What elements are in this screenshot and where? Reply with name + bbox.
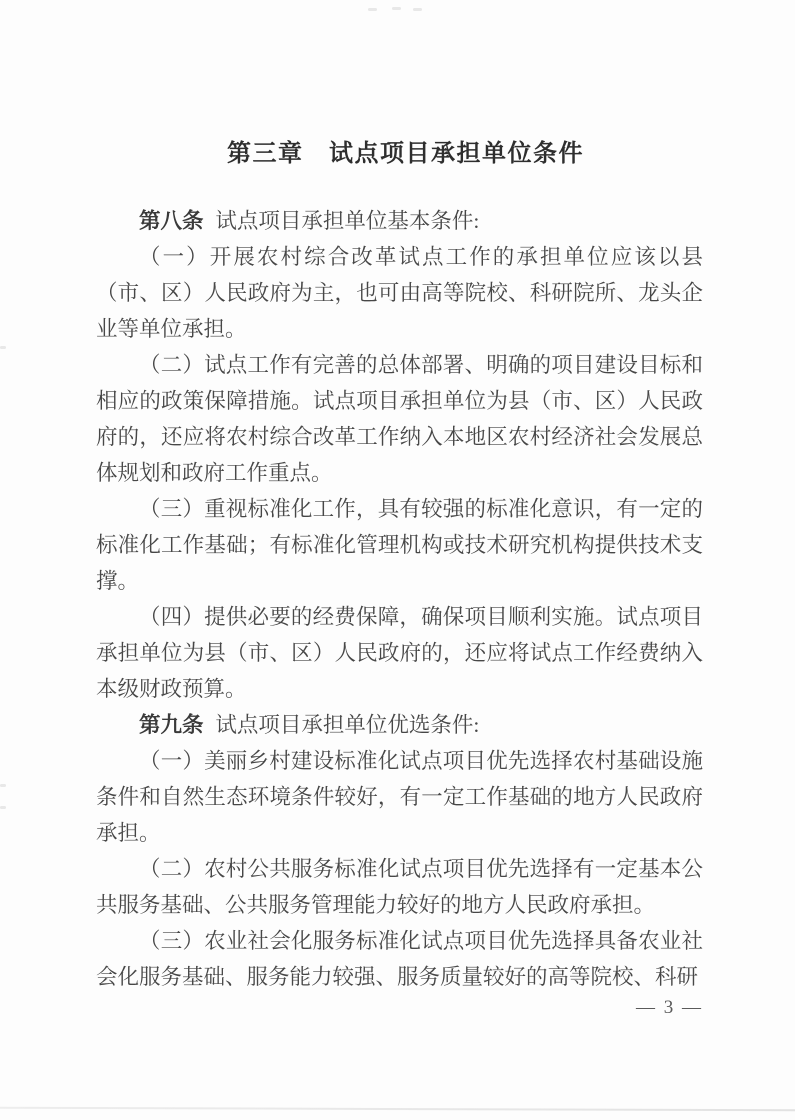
paragraph-item: （三）重视标准化工作，具有较强的标准化意识，有一定的标准化工作基础；有标准化管理… [96, 491, 703, 599]
paragraph-item: （二）农村公共服务标准化试点项目优先选择有一定基本公共服务基础、公共服务管理能力… [96, 851, 703, 923]
paragraph-text: （二）农村公共服务标准化试点项目优先选择有一定基本公共服务基础、公共服务管理能力… [96, 857, 703, 917]
paragraph-text: （四）提供必要的经费保障，确保项目顺利实施。试点项目承担单位为县（市、区）人民政… [96, 605, 703, 701]
scan-artifact [0, 346, 6, 349]
scan-artifact [0, 784, 6, 787]
paragraph-text: 试点项目承担单位基本条件: [215, 209, 479, 233]
chapter-title: 第三章 试点项目承担单位条件 [8, 133, 795, 168]
scan-artifact [0, 806, 6, 809]
article-number-label: 第九条 [139, 713, 204, 737]
paragraph-text: （三）农业社会化服务标准化试点项目优先选择具备农业社会化服务基础、服务能力较强、… [96, 929, 703, 989]
scan-artifact [368, 8, 377, 11]
paragraph-item: （一）开展农村综合改革试点工作的承担单位应该以县（市、区）人民政府为主，也可由高… [96, 239, 703, 347]
paragraph-text: （三）重视标准化工作，具有较强的标准化意识，有一定的标准化工作基础；有标准化管理… [96, 497, 703, 593]
page-number: — 3 — [636, 997, 703, 1019]
paragraph-text: （一）美丽乡村建设标准化试点项目优先选择农村基础设施条件和自然生态环境条件较好，… [96, 749, 703, 845]
paragraph-text: 试点项目承担单位优选条件: [215, 713, 479, 737]
paragraph-text: （二）试点工作有完善的总体部署、明确的项目建设目标和相应的政策保障措施。试点项目… [96, 353, 703, 485]
paragraph-article-8: 第八条试点项目承担单位基本条件: [96, 203, 703, 239]
scan-edge-line [0, 1107, 795, 1112]
scan-artifact [413, 8, 422, 11]
document-page: 第三章 试点项目承担单位条件 第八条试点项目承担单位基本条件: （一）开展农村综… [0, 0, 795, 1120]
paragraph-item: （一）美丽乡村建设标准化试点项目优先选择农村基础设施条件和自然生态环境条件较好，… [96, 743, 703, 851]
paragraph-item: （三）农业社会化服务标准化试点项目优先选择具备农业社会化服务基础、服务能力较强、… [96, 923, 703, 995]
scan-artifact [392, 7, 401, 10]
paragraph-item: （二）试点工作有完善的总体部署、明确的项目建设目标和相应的政策保障措施。试点项目… [96, 347, 703, 491]
document-body: 第八条试点项目承担单位基本条件: （一）开展农村综合改革试点工作的承担单位应该以… [96, 203, 703, 995]
paragraph-article-9: 第九条试点项目承担单位优选条件: [96, 707, 703, 743]
article-number-label: 第八条 [139, 209, 204, 233]
paragraph-item: （四）提供必要的经费保障，确保项目顺利实施。试点项目承担单位为县（市、区）人民政… [96, 599, 703, 707]
paragraph-text: （一）开展农村综合改革试点工作的承担单位应该以县（市、区）人民政府为主，也可由高… [96, 245, 703, 341]
